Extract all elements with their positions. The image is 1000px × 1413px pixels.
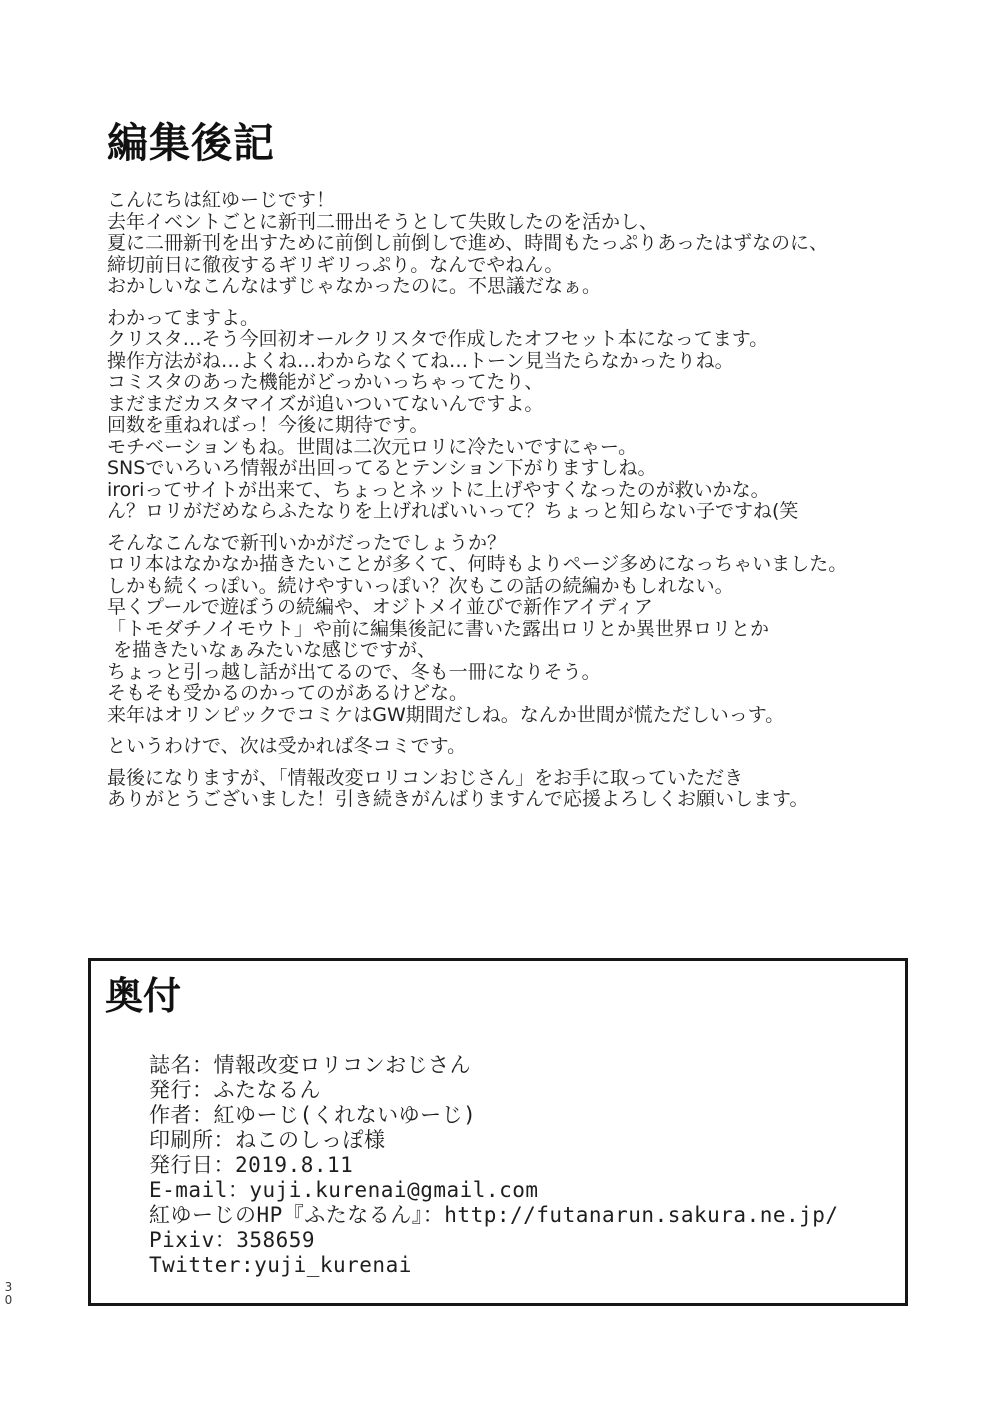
colophon-line-publish-date: 発行日：2019.8.11	[149, 1153, 839, 1178]
afterword-body: こんにちは紅ゆーじです！ 去年イベントごとに新刊二冊出そうとして失敗したのを活か…	[107, 190, 967, 821]
colophon-line-pixiv: Pixiv：358659	[149, 1228, 839, 1253]
afterword-paragraph-3: そんなこんなで新刊いかがだったでしょうか？ ロリ本はなかなか描きたいことが多くて…	[107, 533, 967, 727]
page-number: 30	[3, 1281, 14, 1307]
colophon-line-homepage: 紅ゆーじのHP『ふたなるん』：http://futanarun.sakura.n…	[149, 1203, 839, 1228]
afterword-title: 編集後記	[107, 110, 275, 169]
afterword-paragraph-4: というわけで、次は受かれば冬コミです。	[107, 736, 967, 758]
colophon-line-book-title: 誌名：情報改変ロリコンおじさん	[149, 1053, 839, 1078]
afterword-paragraph-2: わかってますよ。 クリスタ…そう今回初オールクリスタで作成したオフセット本になっ…	[107, 308, 967, 523]
colophon-line-email: E-mail：yuji.kurenai@gmail.com	[149, 1178, 839, 1203]
colophon-lines: 誌名：情報改変ロリコンおじさん 発行：ふたなるん 作者：紅ゆーじ(くれないゆーじ…	[149, 1053, 839, 1278]
afterword-paragraph-5: 最後になりますが、「情報改変ロリコンおじさん」をお手に取っていただき ありがとう…	[107, 768, 967, 811]
colophon-line-printer: 印刷所：ねこのしっぽ様	[149, 1128, 839, 1153]
afterword-paragraph-1: こんにちは紅ゆーじです！ 去年イベントごとに新刊二冊出そうとして失敗したのを活か…	[107, 190, 967, 298]
colophon-line-twitter: Twitter:yuji_kurenai	[149, 1253, 839, 1278]
colophon-box: 奥付 誌名：情報改変ロリコンおじさん 発行：ふたなるん 作者：紅ゆーじ(くれない…	[88, 958, 908, 1306]
colophon-title: 奥付	[105, 965, 181, 1020]
document-page: 編集後記 こんにちは紅ゆーじです！ 去年イベントごとに新刊二冊出そうとして失敗し…	[0, 0, 1000, 1413]
colophon-line-publisher: 発行：ふたなるん	[149, 1078, 839, 1103]
colophon-line-author: 作者：紅ゆーじ(くれないゆーじ)	[149, 1103, 839, 1128]
